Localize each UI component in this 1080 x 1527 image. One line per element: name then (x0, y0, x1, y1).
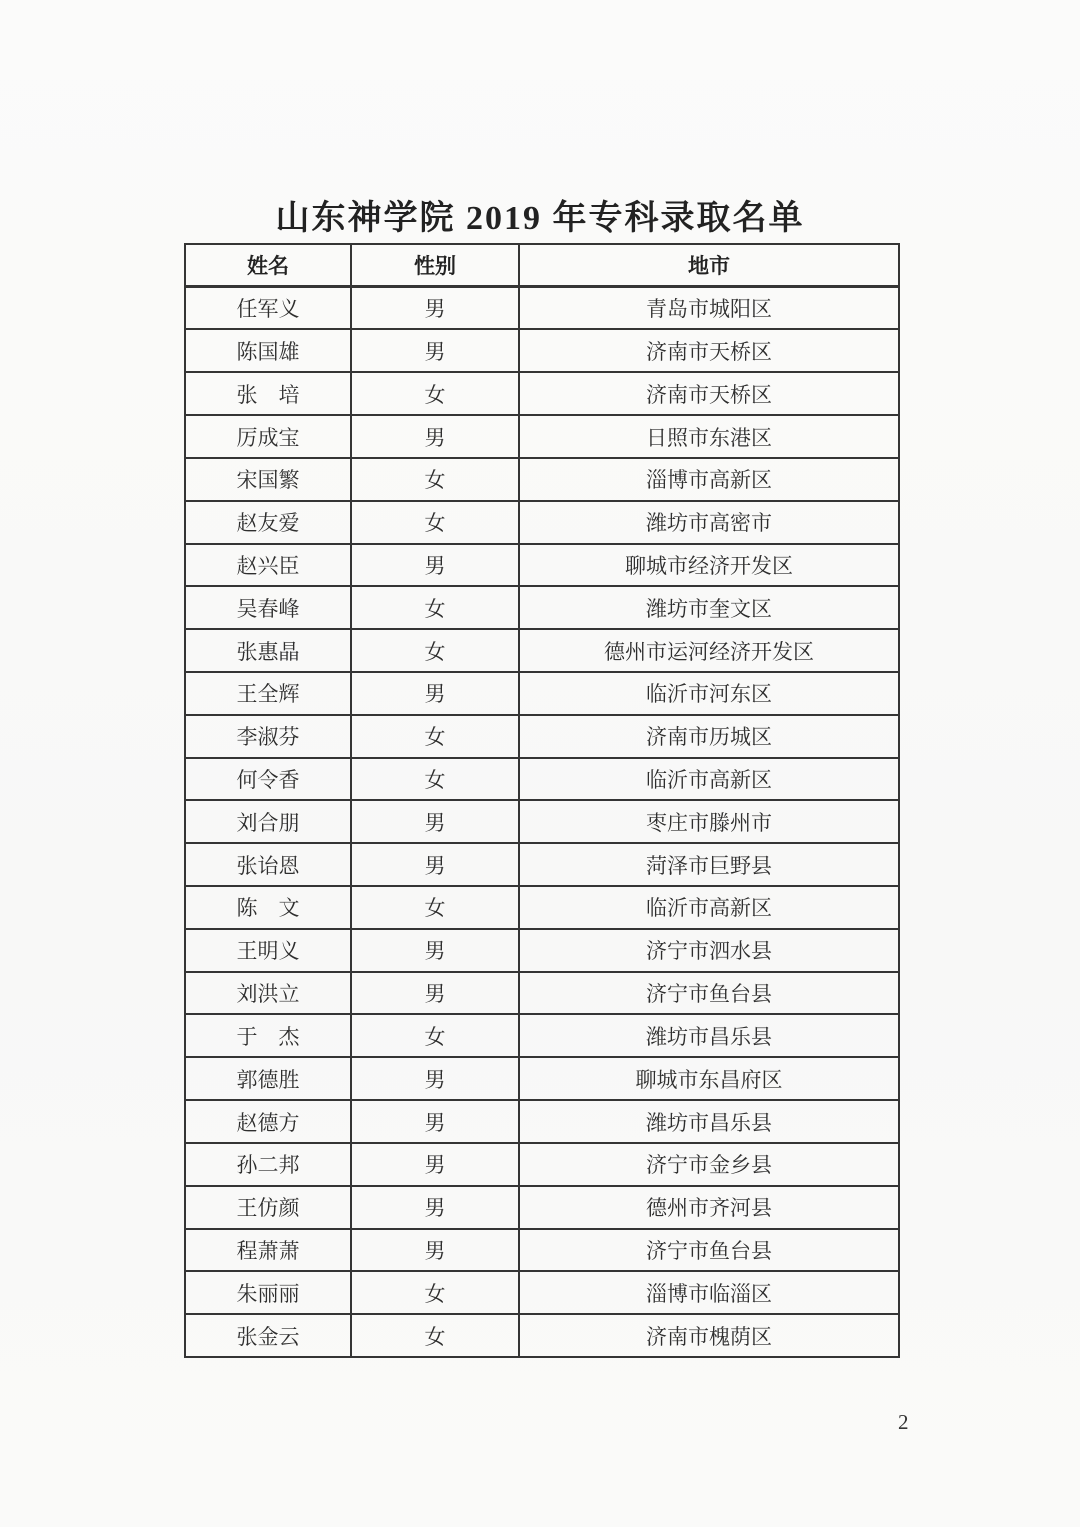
city-cell: 德州市齐河县 (519, 1186, 899, 1229)
table-row: 吴春峰女潍坊市奎文区 (185, 586, 899, 629)
table-row: 张金云女济南市槐荫区 (185, 1314, 899, 1357)
gender-cell: 男 (351, 329, 519, 372)
name-cell: 张惠晶 (185, 629, 351, 672)
name-cell: 王仿颜 (185, 1186, 351, 1229)
name-cell: 任军义 (185, 286, 351, 329)
name-cell: 陈 文 (185, 886, 351, 929)
gender-cell: 男 (351, 1186, 519, 1229)
table-row: 朱丽丽女淄博市临淄区 (185, 1271, 899, 1314)
name-cell: 孙二邦 (185, 1143, 351, 1186)
table-row: 赵德方男潍坊市昌乐县 (185, 1100, 899, 1143)
table-row: 刘洪立男济宁市鱼台县 (185, 972, 899, 1015)
table-row: 王全辉男临沂市河东区 (185, 672, 899, 715)
city-cell: 济宁市金乡县 (519, 1143, 899, 1186)
page-title: 山东神学院 2019 年专科录取名单 (0, 190, 1080, 239)
gender-cell: 女 (351, 586, 519, 629)
city-cell: 菏泽市巨野县 (519, 843, 899, 886)
gender-cell: 男 (351, 972, 519, 1015)
admission-roster-table: 姓名 性别 地市 任军义男青岛市城阳区陈国雄男济南市天桥区张 培女济南市天桥区厉… (184, 243, 900, 1358)
table-row: 程萧萧男济宁市鱼台县 (185, 1229, 899, 1272)
gender-cell: 男 (351, 1100, 519, 1143)
city-cell: 济宁市泗水县 (519, 929, 899, 972)
city-cell: 潍坊市昌乐县 (519, 1100, 899, 1143)
city-cell: 济南市天桥区 (519, 329, 899, 372)
name-cell: 厉成宝 (185, 415, 351, 458)
name-cell: 王明义 (185, 929, 351, 972)
name-cell: 王全辉 (185, 672, 351, 715)
gender-cell: 女 (351, 886, 519, 929)
name-cell: 于 杰 (185, 1014, 351, 1057)
city-cell: 聊城市东昌府区 (519, 1057, 899, 1100)
table-row: 郭德胜男聊城市东昌府区 (185, 1057, 899, 1100)
gender-cell: 女 (351, 458, 519, 501)
gender-cell: 男 (351, 1229, 519, 1272)
column-header-gender: 性别 (351, 244, 519, 286)
column-header-city: 地市 (519, 244, 899, 286)
gender-cell: 男 (351, 672, 519, 715)
city-cell: 淄博市临淄区 (519, 1271, 899, 1314)
table-row: 孙二邦男济宁市金乡县 (185, 1143, 899, 1186)
table-row: 李淑芬女济南市历城区 (185, 715, 899, 758)
table-row: 王仿颜男德州市齐河县 (185, 1186, 899, 1229)
name-cell: 张诒恩 (185, 843, 351, 886)
table-row: 张诒恩男菏泽市巨野县 (185, 843, 899, 886)
name-cell: 何令香 (185, 758, 351, 801)
name-cell: 赵兴臣 (185, 544, 351, 587)
table-row: 赵友爱女潍坊市高密市 (185, 501, 899, 544)
city-cell: 临沂市高新区 (519, 758, 899, 801)
city-cell: 潍坊市昌乐县 (519, 1014, 899, 1057)
gender-cell: 男 (351, 800, 519, 843)
city-cell: 济南市天桥区 (519, 372, 899, 415)
table-row: 何令香女临沂市高新区 (185, 758, 899, 801)
city-cell: 潍坊市高密市 (519, 501, 899, 544)
city-cell: 济南市槐荫区 (519, 1314, 899, 1357)
table-row: 任军义男青岛市城阳区 (185, 286, 899, 329)
gender-cell: 女 (351, 1014, 519, 1057)
gender-cell: 女 (351, 715, 519, 758)
city-cell: 淄博市高新区 (519, 458, 899, 501)
column-header-name: 姓名 (185, 244, 351, 286)
table-row: 王明义男济宁市泗水县 (185, 929, 899, 972)
city-cell: 青岛市城阳区 (519, 286, 899, 329)
gender-cell: 女 (351, 1314, 519, 1357)
name-cell: 张 培 (185, 372, 351, 415)
city-cell: 日照市东港区 (519, 415, 899, 458)
city-cell: 聊城市经济开发区 (519, 544, 899, 587)
table-row: 张 培女济南市天桥区 (185, 372, 899, 415)
city-cell: 临沂市高新区 (519, 886, 899, 929)
gender-cell: 女 (351, 372, 519, 415)
table-row: 于 杰女潍坊市昌乐县 (185, 1014, 899, 1057)
name-cell: 张金云 (185, 1314, 351, 1357)
gender-cell: 男 (351, 929, 519, 972)
city-cell: 济宁市鱼台县 (519, 972, 899, 1015)
table-row: 陈 文女临沂市高新区 (185, 886, 899, 929)
gender-cell: 男 (351, 544, 519, 587)
gender-cell: 女 (351, 758, 519, 801)
name-cell: 吴春峰 (185, 586, 351, 629)
table-row: 厉成宝男日照市东港区 (185, 415, 899, 458)
gender-cell: 男 (351, 286, 519, 329)
page-number: 2 (898, 1410, 909, 1435)
gender-cell: 女 (351, 629, 519, 672)
gender-cell: 女 (351, 1271, 519, 1314)
gender-cell: 男 (351, 1057, 519, 1100)
gender-cell: 女 (351, 501, 519, 544)
gender-cell: 男 (351, 843, 519, 886)
name-cell: 程萧萧 (185, 1229, 351, 1272)
table-row: 宋国繁女淄博市高新区 (185, 458, 899, 501)
table-row: 陈国雄男济南市天桥区 (185, 329, 899, 372)
table-row: 赵兴臣男聊城市经济开发区 (185, 544, 899, 587)
name-cell: 宋国繁 (185, 458, 351, 501)
table-row: 刘合朋男枣庄市滕州市 (185, 800, 899, 843)
table-row: 张惠晶女德州市运河经济开发区 (185, 629, 899, 672)
city-cell: 临沂市河东区 (519, 672, 899, 715)
gender-cell: 男 (351, 1143, 519, 1186)
table-header-row: 姓名 性别 地市 (185, 244, 899, 286)
document-page: 山东神学院 2019 年专科录取名单 姓名 性别 地市 任军义男青岛市城阳区陈国… (0, 0, 1080, 1527)
name-cell: 刘合朋 (185, 800, 351, 843)
name-cell: 刘洪立 (185, 972, 351, 1015)
city-cell: 潍坊市奎文区 (519, 586, 899, 629)
city-cell: 枣庄市滕州市 (519, 800, 899, 843)
name-cell: 赵友爱 (185, 501, 351, 544)
gender-cell: 男 (351, 415, 519, 458)
name-cell: 陈国雄 (185, 329, 351, 372)
city-cell: 济宁市鱼台县 (519, 1229, 899, 1272)
table-body: 任军义男青岛市城阳区陈国雄男济南市天桥区张 培女济南市天桥区厉成宝男日照市东港区… (185, 286, 899, 1357)
name-cell: 朱丽丽 (185, 1271, 351, 1314)
name-cell: 赵德方 (185, 1100, 351, 1143)
city-cell: 济南市历城区 (519, 715, 899, 758)
name-cell: 郭德胜 (185, 1057, 351, 1100)
city-cell: 德州市运河经济开发区 (519, 629, 899, 672)
name-cell: 李淑芬 (185, 715, 351, 758)
